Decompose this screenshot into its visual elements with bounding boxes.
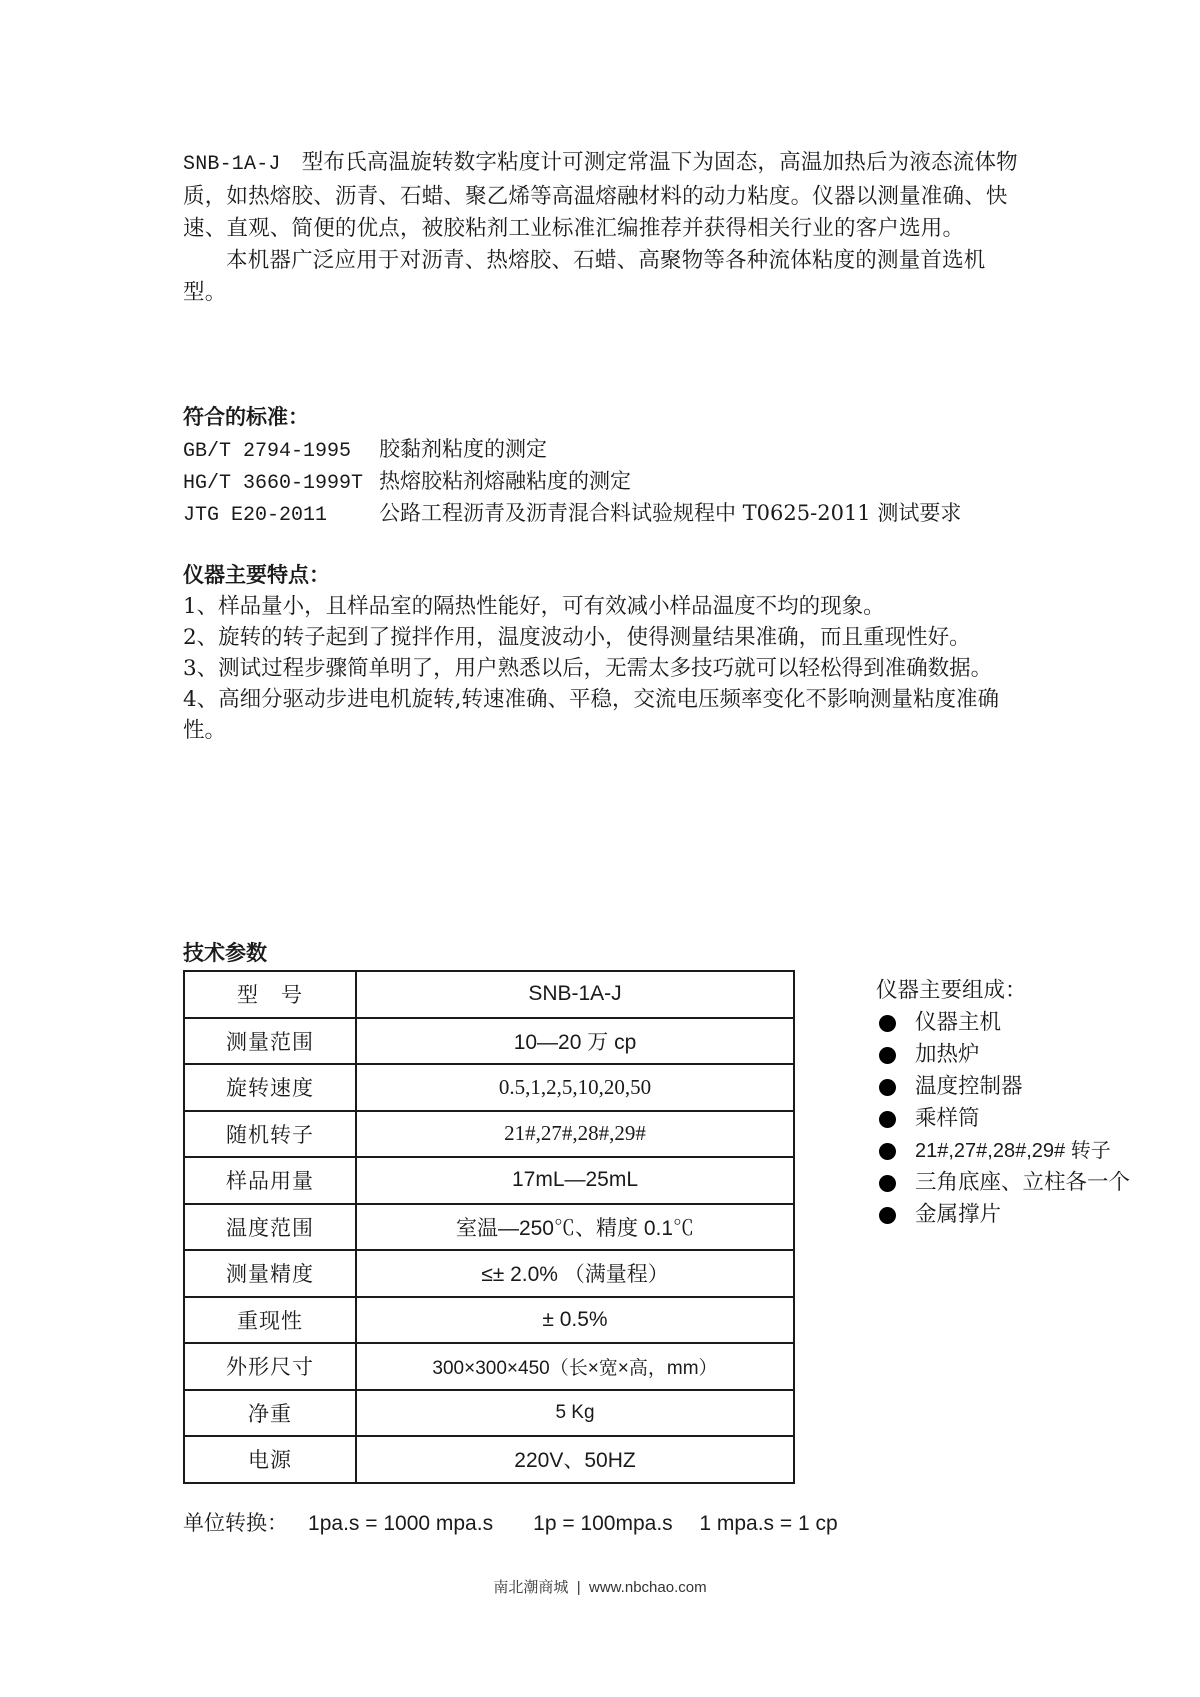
table-row: 样品用量 17mL—25mL — [184, 1157, 794, 1204]
list-item: 21#,27#,28#,29# 转子 — [876, 1135, 1130, 1167]
component-label: 21#,27#,28#,29# 转子 — [915, 1135, 1111, 1167]
spec-key: 重现性 — [184, 1297, 356, 1344]
features-list: 1、样品量小，且样品室的隔热性能好，可有效减小样品温度不均的现象。 2、旋转的转… — [183, 591, 1028, 746]
table-row: 型 号 SNB-1A-J — [184, 971, 794, 1018]
spec-value: 10—20 万 cp — [356, 1018, 794, 1065]
footer-separator: | — [577, 1579, 581, 1596]
table-row: 测量范围 10—20 万 cp — [184, 1018, 794, 1065]
standards-heading: 符合的标准： — [183, 401, 309, 433]
table-row: 温度范围 室温—250℃、精度 0.1℃ — [184, 1204, 794, 1251]
footer-site-name: 南北潮商城 — [493, 1579, 568, 1596]
spec-key: 净重 — [184, 1390, 356, 1437]
spec-key: 测量精度 — [184, 1250, 356, 1297]
bullet-icon — [879, 1175, 896, 1192]
feature-item: 2、旋转的转子起到了搅拌作用，温度波动小，使得测量结果准确，而且重现性好。 — [183, 622, 1028, 653]
specs-heading: 技术参数 — [183, 937, 267, 969]
bullet-icon — [879, 1015, 896, 1032]
bullet-icon — [879, 1111, 896, 1128]
table-row: 重现性 ± 0.5% — [184, 1297, 794, 1344]
spec-key: 随机转子 — [184, 1111, 356, 1158]
standard-desc: 公路工程沥青及沥青混合料试验规程中 T0625-2011 测试要求 — [379, 501, 961, 525]
footer-url[interactable]: www.nbchao.com — [589, 1579, 707, 1596]
table-row: 电源 220V、50HZ — [184, 1436, 794, 1483]
bullet-icon — [879, 1143, 896, 1160]
intro-paragraph-1-text: 型布氏高温旋转数字粘度计可测定常温下为固态，高温加热后为液态流体物质，如热熔胶、… — [183, 150, 1018, 241]
table-row: 外形尺寸 300×300×450（长×宽×高，mm） — [184, 1343, 794, 1390]
spec-value: 室温—250℃、精度 0.1℃ — [356, 1204, 794, 1251]
spec-value: ± 0.5% — [356, 1297, 794, 1344]
spec-value: 0.5,1,2,5,10,20,50 — [356, 1064, 794, 1111]
spec-key: 测量范围 — [184, 1018, 356, 1065]
components-list: 仪器主机 加热炉 温度控制器 乘样筒 21#,27#,28#,29# 转子 三角… — [876, 1007, 1130, 1231]
list-item: 三角底座、立柱各一个 — [876, 1167, 1130, 1199]
component-label: 金属撑片 — [915, 1199, 1001, 1231]
standard-item: JTG E20-2011公路工程沥青及沥青混合料试验规程中 T0625-2011… — [183, 497, 961, 532]
list-item: 加热炉 — [876, 1039, 1130, 1071]
component-label: 乘样筒 — [915, 1103, 980, 1135]
spec-value: 5 Kg — [356, 1390, 794, 1437]
standard-item: HG/T 3660-1999T热熔胶粘剂熔融粘度的测定 — [183, 465, 631, 500]
table-row: 测量精度 ≤± 2.0% （满量程） — [184, 1250, 794, 1297]
bullet-icon — [879, 1079, 896, 1096]
list-item: 金属撑片 — [876, 1199, 1130, 1231]
intro-section: SNB-1A-J 型布氏高温旋转数字粘度计可测定常温下为固态，高温加热后为液态流… — [183, 147, 1028, 309]
components-section: 仪器主要组成： 仪器主机 加热炉 温度控制器 乘样筒 21#,27#,28#,2… — [876, 975, 1130, 1231]
list-item: 仪器主机 — [876, 1007, 1130, 1039]
specs-table: 型 号 SNB-1A-J 测量范围 10—20 万 cp 旋转速度 0.5,1,… — [183, 970, 795, 1484]
spec-value: 21#,27#,28#,29# — [356, 1111, 794, 1158]
features-heading: 仪器主要特点： — [183, 559, 330, 591]
standard-item: GB/T 2794-1995胶黏剂粘度的测定 — [183, 433, 547, 468]
conversion-label: 单位转换： — [183, 1511, 288, 1535]
component-label: 仪器主机 — [915, 1007, 1001, 1039]
table-row: 净重 5 Kg — [184, 1390, 794, 1437]
component-label: 温度控制器 — [915, 1071, 1023, 1103]
list-item: 乘样筒 — [876, 1103, 1130, 1135]
spec-key: 旋转速度 — [184, 1064, 356, 1111]
spec-key: 样品用量 — [184, 1157, 356, 1204]
spec-value: 220V、50HZ — [356, 1436, 794, 1483]
spec-key: 外形尺寸 — [184, 1343, 356, 1390]
standard-code: GB/T 2794-1995 — [183, 436, 379, 468]
bullet-icon — [879, 1207, 896, 1224]
standard-desc: 热熔胶粘剂熔融粘度的测定 — [379, 469, 631, 493]
feature-item: 3、测试过程步骤简单明了，用户熟悉以后，无需太多技巧就可以轻松得到准确数据。 — [183, 653, 1028, 684]
standard-desc: 胶黏剂粘度的测定 — [379, 437, 547, 461]
component-label: 三角底座、立柱各一个 — [915, 1167, 1130, 1199]
conversion-item: 1pa.s = 1000 mpa.s — [308, 1512, 493, 1535]
page-footer: 南北潮商城 | www.nbchao.com — [0, 1576, 1200, 1597]
conversion-item: 1p = 100mpa.s — [533, 1512, 673, 1535]
spec-key: 电源 — [184, 1436, 356, 1483]
feature-item: 1、样品量小，且样品室的隔热性能好，可有效减小样品温度不均的现象。 — [183, 591, 1028, 622]
spec-key: 温度范围 — [184, 1204, 356, 1251]
list-item: 温度控制器 — [876, 1071, 1130, 1103]
spec-value: ≤± 2.0% （满量程） — [356, 1250, 794, 1297]
bullet-icon — [879, 1047, 896, 1064]
model-code: SNB-1A-J — [183, 153, 281, 176]
standard-code: JTG E20-2011 — [183, 500, 379, 532]
spec-value: 300×300×450（长×宽×高，mm） — [356, 1343, 794, 1390]
spec-value: 17mL—25mL — [356, 1157, 794, 1204]
conversion-item: 1 mpa.s = 1 cp — [699, 1512, 837, 1535]
spec-value: SNB-1A-J — [356, 971, 794, 1018]
standard-code: HG/T 3660-1999T — [183, 468, 379, 500]
table-row: 旋转速度 0.5,1,2,5,10,20,50 — [184, 1064, 794, 1111]
intro-paragraph-2: 本机器广泛应用于对沥青、热熔胶、石蜡、高聚物等各种流体粘度的测量首选机型。 — [183, 245, 1028, 309]
spec-key: 型 号 — [184, 971, 356, 1018]
intro-paragraph-1: SNB-1A-J 型布氏高温旋转数字粘度计可测定常温下为固态，高温加热后为液态流… — [183, 147, 1028, 245]
feature-item: 4、高细分驱动步进电机旋转,转速准确、平稳，交流电压频率变化不影响测量粘度准确性… — [183, 684, 1028, 746]
components-title: 仪器主要组成： — [876, 975, 1130, 1007]
table-row: 随机转子 21#,27#,28#,29# — [184, 1111, 794, 1158]
component-label: 加热炉 — [915, 1039, 980, 1071]
unit-conversion: 单位转换： 1pa.s = 1000 mpa.s 1p = 100mpa.s 1… — [183, 1507, 838, 1540]
